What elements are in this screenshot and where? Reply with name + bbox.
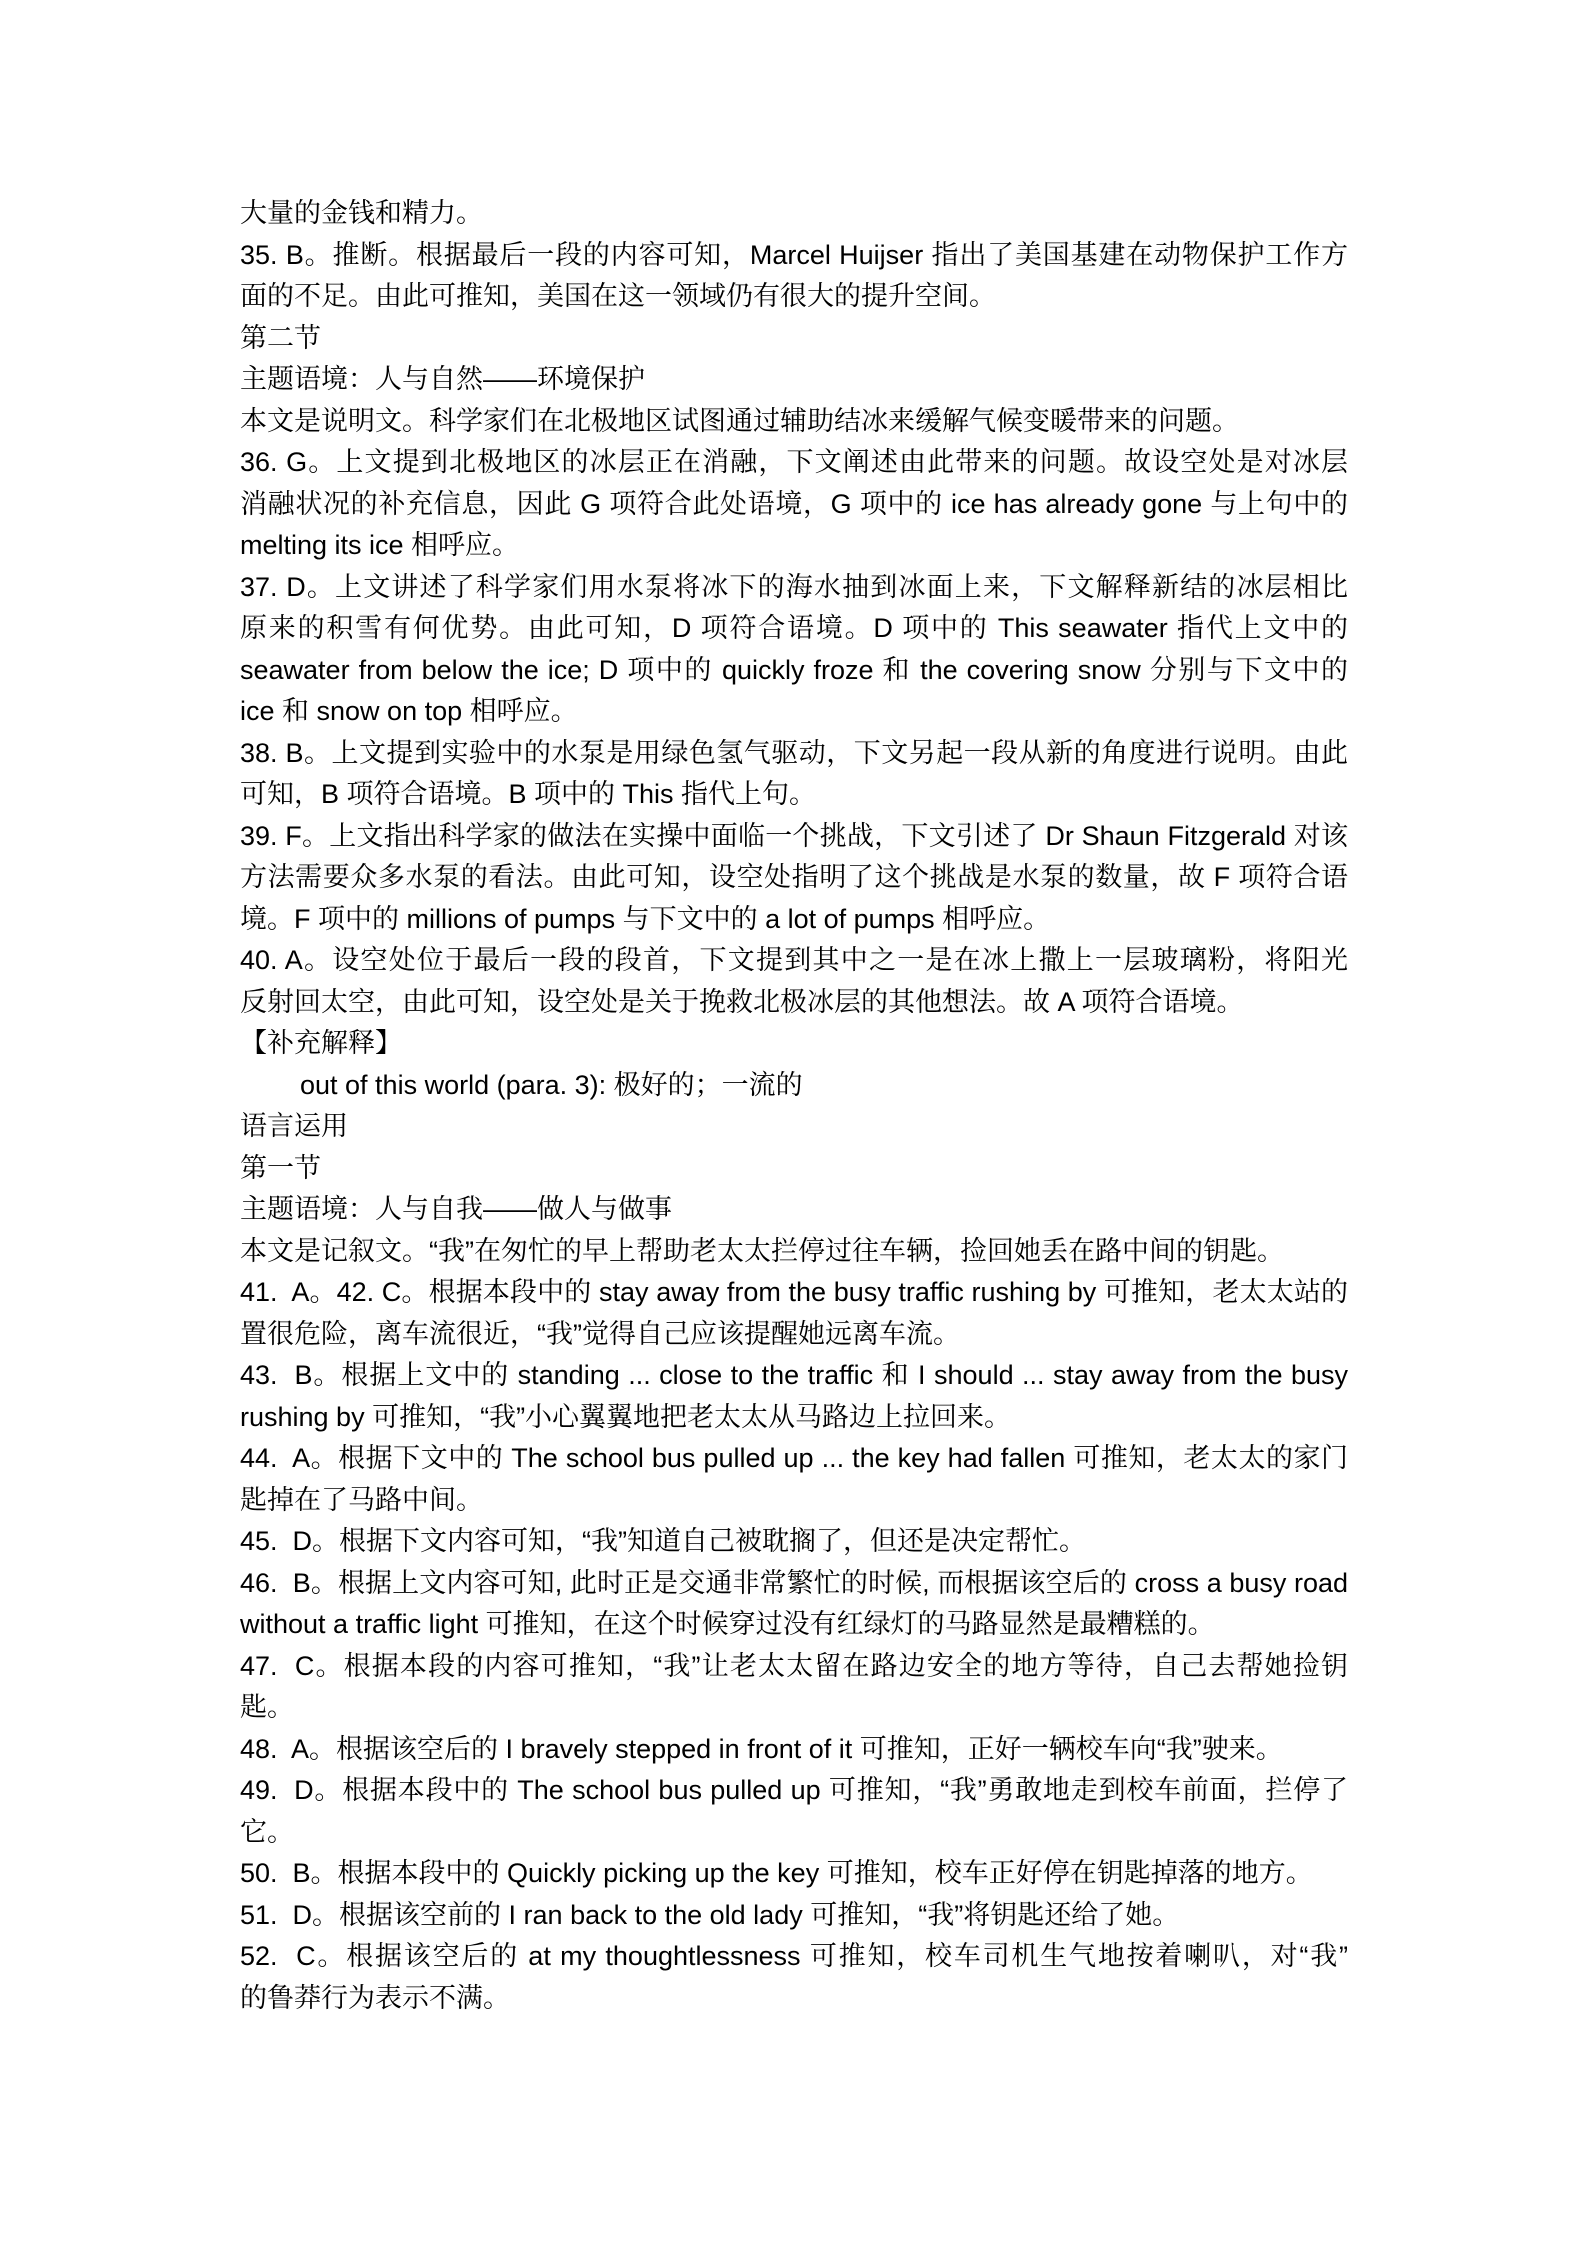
text-line: 原来的积雪有何优势。由此可知，D 项符合语境。D 项中的 This seawat…: [240, 608, 1348, 650]
text-line: 38. B。上文提到实验中的水泵是用绿色氢气驱动，下文另起一段从新的角度进行说明…: [240, 733, 1348, 775]
paragraph: 本文是说明文。科学家们在北极地区试图通过辅助结冰来缓解气候变暖带来的问题。: [240, 401, 1348, 443]
paragraph: 43. B。根据上文中的 standing ... close to the t…: [240, 1355, 1348, 1438]
paragraph: out of this world (para. 3): 极好的；一流的: [240, 1065, 1348, 1107]
text-line: 35. B。推断。根据最后一段的内容可知，Marcel Huijser 指出了美…: [240, 235, 1348, 277]
paragraph: 46. B。根据上文内容可知, 此时正是交通非常繁忙的时候, 而根据该空后的 c…: [240, 1563, 1348, 1646]
text-line: 可知，B 项符合语境。B 项中的 This 指代上句。: [240, 774, 1348, 816]
text-line: 方法需要众多水泵的看法。由此可知，设空处指明了这个挑战是水泵的数量，故 F 项符…: [240, 857, 1348, 899]
text-line: 51. D。根据该空前的 I ran back to the old lady …: [240, 1895, 1348, 1937]
paragraph: 39. F。上文指出科学家的做法在实操中面临一个挑战，下文引述了 Dr Shau…: [240, 816, 1348, 941]
text-line: 的鲁莽行为表示不满。: [240, 1978, 1348, 2020]
text-line: 36. G。上文提到北极地区的冰层正在消融，下文阐述由此带来的问题。故设空处是对…: [240, 442, 1348, 484]
text-line: 本文是说明文。科学家们在北极地区试图通过辅助结冰来缓解气候变暖带来的问题。: [240, 401, 1348, 443]
text-line: seawater from below the ice; D 项中的 quick…: [240, 650, 1348, 692]
paragraph: 本文是记叙文。“我”在匆忙的早上帮助老太太拦停过往车辆，捡回她丢在路中间的钥匙。: [240, 1231, 1348, 1273]
text-line: melting its ice 相呼应。: [240, 525, 1348, 567]
text-line: out of this world (para. 3): 极好的；一流的: [240, 1065, 1348, 1107]
paragraph: 主题语境：人与自我——做人与做事: [240, 1189, 1348, 1231]
text-line: 39. F。上文指出科学家的做法在实操中面临一个挑战，下文引述了 Dr Shau…: [240, 816, 1348, 858]
text-line: 【补充解释】: [240, 1023, 1348, 1065]
paragraph: 47. C。根据本段的内容可推知，“我”让老太太留在路边安全的地方等待，自己去帮…: [240, 1646, 1348, 1729]
paragraph: 48. A。根据该空后的 I bravely stepped in front …: [240, 1729, 1348, 1771]
paragraph: 36. G。上文提到北极地区的冰层正在消融，下文阐述由此带来的问题。故设空处是对…: [240, 442, 1348, 567]
paragraph: 51. D。根据该空前的 I ran back to the old lady …: [240, 1895, 1348, 1937]
text-line: 反射回太空，由此可知，设空处是关于挽救北极冰层的其他想法。故 A 项符合语境。: [240, 982, 1348, 1024]
text-line: 48. A。根据该空后的 I bravely stepped in front …: [240, 1729, 1348, 1771]
text-line: 第二节: [240, 318, 1348, 360]
paragraph: 语言运用: [240, 1106, 1348, 1148]
text-line: 消融状况的补充信息，因此 G 项符合此处语境，G 项中的 ice has alr…: [240, 484, 1348, 526]
text-line: 47. C。根据本段的内容可推知，“我”让老太太留在路边安全的地方等待，自己去帮…: [240, 1646, 1348, 1688]
text-line: rushing by 可推知，“我”小心翼翼地把老太太从马路边上拉回来。: [240, 1397, 1348, 1439]
paragraph: 37. D。上文讲述了科学家们用水泵将冰下的海水抽到冰面上来，下文解释新结的冰层…: [240, 567, 1348, 733]
text-line: 37. D。上文讲述了科学家们用水泵将冰下的海水抽到冰面上来，下文解释新结的冰层…: [240, 567, 1348, 609]
paragraph: 38. B。上文提到实验中的水泵是用绿色氢气驱动，下文另起一段从新的角度进行说明…: [240, 733, 1348, 816]
paragraph: 52. C。根据该空后的 at my thoughtlessness 可推知，校…: [240, 1936, 1348, 2019]
text-line: 49. D。根据本段中的 The school bus pulled up 可推…: [240, 1770, 1348, 1812]
text-line: 44. A。根据下文中的 The school bus pulled up ..…: [240, 1438, 1348, 1480]
text-line: 52. C。根据该空后的 at my thoughtlessness 可推知，校…: [240, 1936, 1348, 1978]
paragraph: 45. D。根据下文内容可知，“我”知道自己被耽搁了，但还是决定帮忙。: [240, 1521, 1348, 1563]
text-line: 面的不足。由此可推知，美国在这一领域仍有很大的提升空间。: [240, 276, 1348, 318]
text-line: 45. D。根据下文内容可知，“我”知道自己被耽搁了，但还是决定帮忙。: [240, 1521, 1348, 1563]
text-line: 40. A。设空处位于最后一段的段首，下文提到其中之一是在冰上撒上一层玻璃粉，将…: [240, 940, 1348, 982]
text-line: 41. A。42. C。根据本段中的 stay away from the bu…: [240, 1272, 1348, 1314]
paragraph: 44. A。根据下文中的 The school bus pulled up ..…: [240, 1438, 1348, 1521]
paragraph: 40. A。设空处位于最后一段的段首，下文提到其中之一是在冰上撒上一层玻璃粉，将…: [240, 940, 1348, 1023]
text-line: 本文是记叙文。“我”在匆忙的早上帮助老太太拦停过往车辆，捡回她丢在路中间的钥匙。: [240, 1231, 1348, 1273]
text-line: 置很危险，离车流很近，“我”觉得自己应该提醒她远离车流。: [240, 1314, 1348, 1356]
document-page: 大量的金钱和精力。35. B。推断。根据最后一段的内容可知，Marcel Hui…: [0, 0, 1587, 2245]
answer-explanations-text: 大量的金钱和精力。35. B。推断。根据最后一段的内容可知，Marcel Hui…: [240, 193, 1348, 2019]
text-line: 匙掉在了马路中间。: [240, 1480, 1348, 1522]
paragraph: 主题语境：人与自然——环境保护: [240, 359, 1348, 401]
text-line: 大量的金钱和精力。: [240, 193, 1348, 235]
text-line: 匙。: [240, 1687, 1348, 1729]
paragraph: 第二节: [240, 318, 1348, 360]
text-line: 43. B。根据上文中的 standing ... close to the t…: [240, 1355, 1348, 1397]
text-line: 它。: [240, 1812, 1348, 1854]
paragraph: 41. A。42. C。根据本段中的 stay away from the bu…: [240, 1272, 1348, 1355]
text-line: ice 和 snow on top 相呼应。: [240, 691, 1348, 733]
text-line: 语言运用: [240, 1106, 1348, 1148]
text-line: 第一节: [240, 1148, 1348, 1190]
paragraph: 第一节: [240, 1148, 1348, 1190]
paragraph: 大量的金钱和精力。: [240, 193, 1348, 235]
paragraph: 49. D。根据本段中的 The school bus pulled up 可推…: [240, 1770, 1348, 1853]
text-line: 50. B。根据本段中的 Quickly picking up the key …: [240, 1853, 1348, 1895]
text-line: without a traffic light 可推知，在这个时候穿过没有红绿灯…: [240, 1604, 1348, 1646]
text-line: 主题语境：人与自我——做人与做事: [240, 1189, 1348, 1231]
text-line: 主题语境：人与自然——环境保护: [240, 359, 1348, 401]
text-line: 境。F 项中的 millions of pumps 与下文中的 a lot of…: [240, 899, 1348, 941]
paragraph: 【补充解释】: [240, 1023, 1348, 1065]
paragraph: 35. B。推断。根据最后一段的内容可知，Marcel Huijser 指出了美…: [240, 235, 1348, 318]
text-line: 46. B。根据上文内容可知, 此时正是交通非常繁忙的时候, 而根据该空后的 c…: [240, 1563, 1348, 1605]
paragraph: 50. B。根据本段中的 Quickly picking up the key …: [240, 1853, 1348, 1895]
